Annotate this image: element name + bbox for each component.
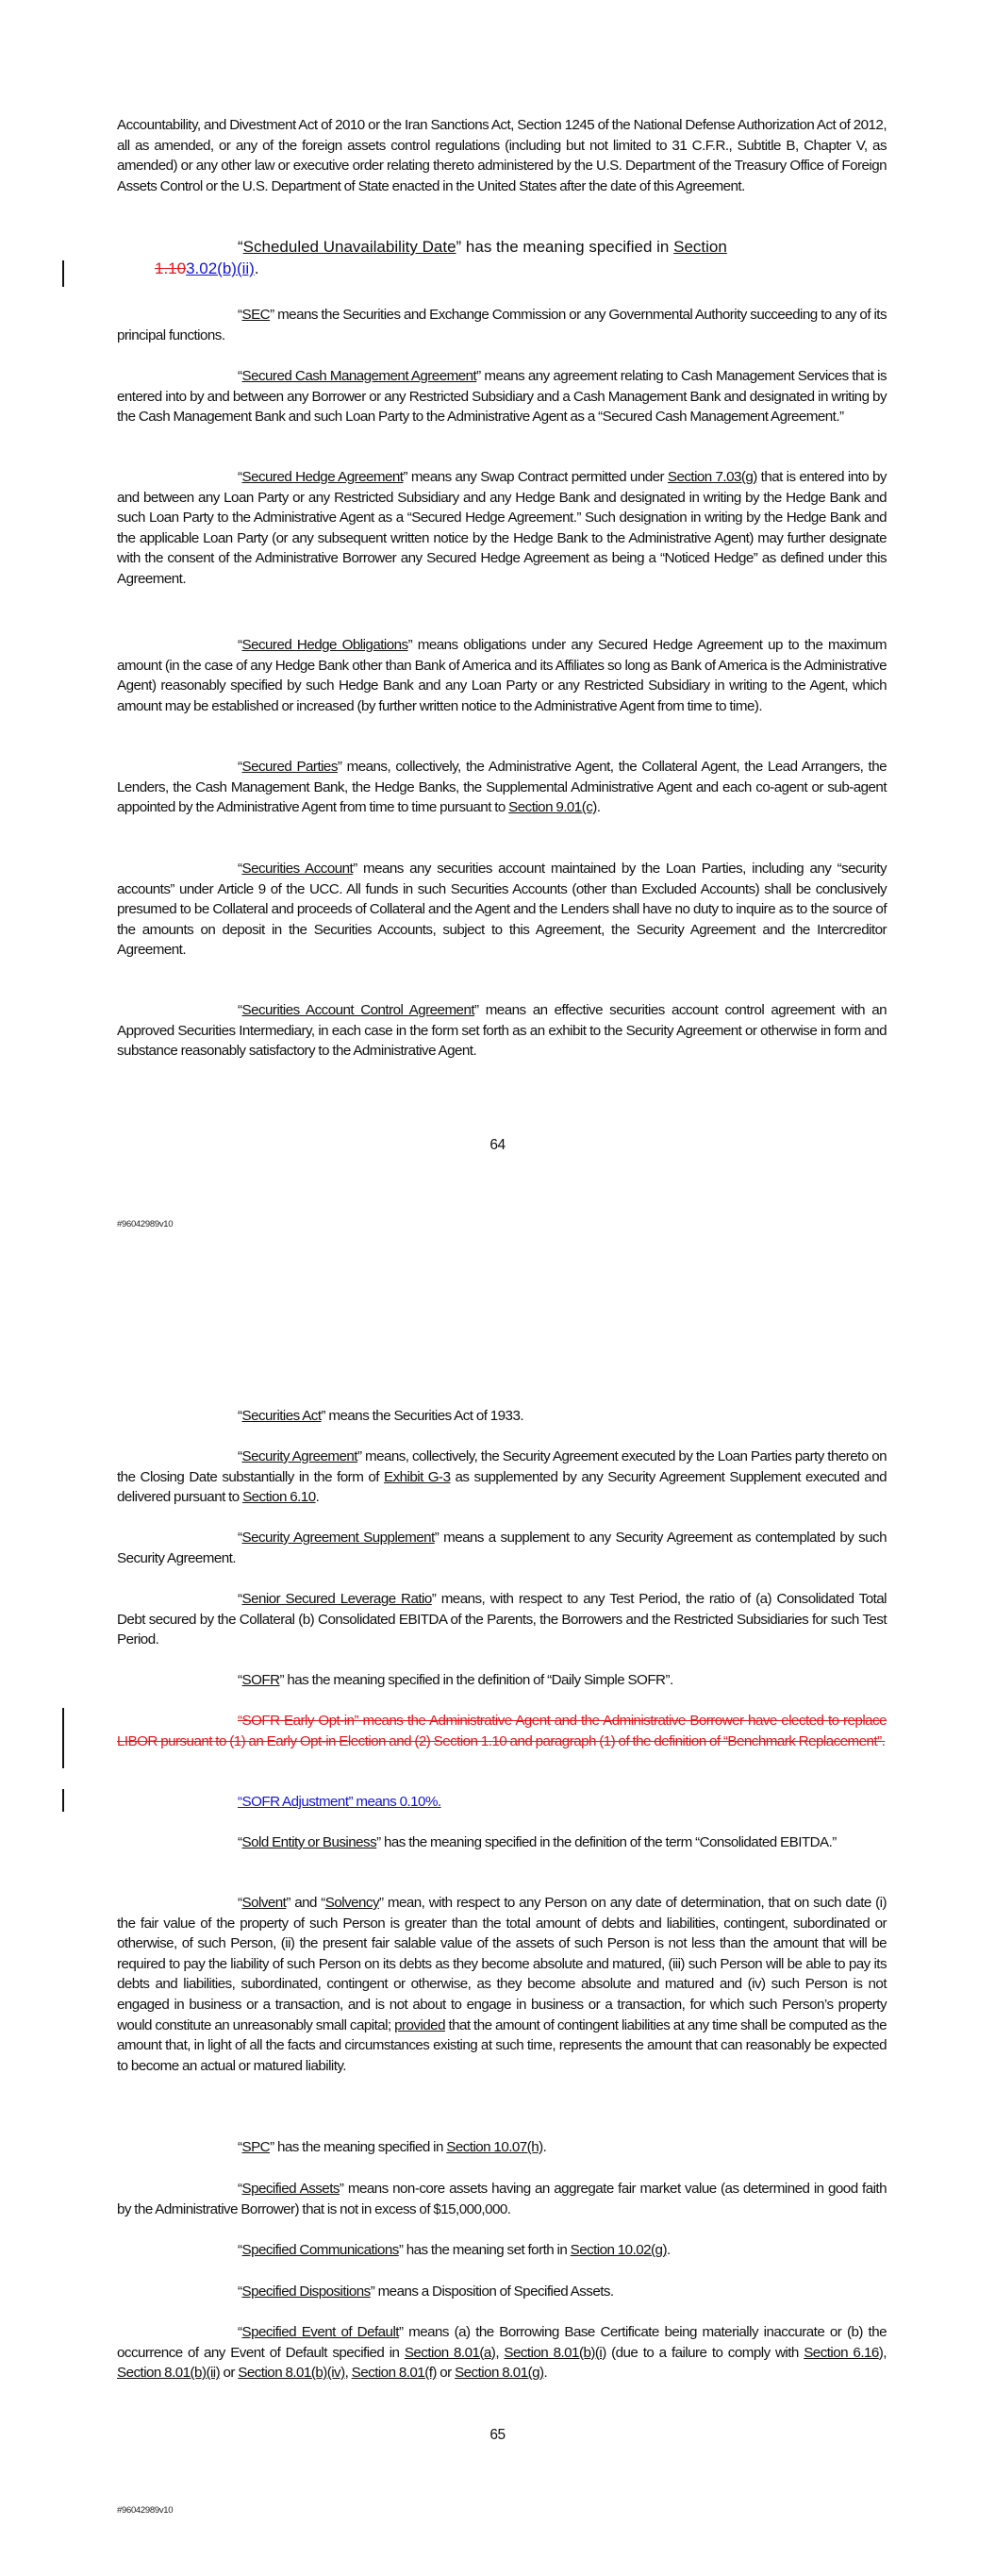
definition-sofr: “SOFR” has the meaning specified in the …	[117, 1670, 887, 1691]
defined-term: SOFR	[242, 1672, 280, 1688]
provided-term: provided	[394, 2017, 445, 2033]
definition-securities-act: “Securities Act” means the Securities Ac…	[117, 1406, 887, 1427]
definition-sold-entity-or-business: “Sold Entity or Business” has the meanin…	[117, 1832, 887, 1853]
defined-term: Solvent	[242, 1895, 287, 1911]
definition-senior-secured-leverage-ratio: “Senior Secured Leverage Ratio” means, w…	[117, 1589, 887, 1650]
defined-term: Specified Communications	[242, 2242, 399, 2258]
defined-term: SPC	[242, 2139, 271, 2155]
page-65: “Securities Act” means the Securities Ac…	[117, 0, 887, 2576]
section-reference[interactable]: Section 8.01(a)	[405, 2345, 495, 2361]
defined-term: Specified Event of Default	[242, 2324, 399, 2340]
definition-specified-assets: “Specified Assets” means non-core assets…	[117, 2179, 887, 2219]
definition-security-agreement-supplement: “Security Agreement Supplement” means a …	[117, 1528, 887, 1568]
defined-term: Securities Act	[242, 1408, 322, 1424]
defined-term: Solvency	[325, 1895, 379, 1911]
definition-specified-dispositions: “Specified Dispositions” means a Disposi…	[117, 2282, 887, 2302]
section-reference[interactable]: Section 8.01(g)	[455, 2365, 543, 2381]
exhibit-reference[interactable]: Exhibit G-3	[384, 1469, 450, 1485]
definition-sofr-adjustment-inserted: “SOFR Adjustment” means 0.10%.	[117, 1792, 887, 1813]
definition-solvent: “Solvent” and “Solvency” mean, with resp…	[117, 1893, 887, 2076]
definition-spc: “SPC” has the meaning specified in Secti…	[117, 2137, 887, 2158]
section-reference[interactable]: Section 6.10	[242, 1489, 316, 1505]
defined-term: Security Agreement	[242, 1448, 357, 1464]
revision-bar	[62, 1708, 64, 1768]
definition-sofr-early-opt-in-deleted: “SOFR Early Opt-in” means the Administra…	[117, 1711, 887, 1751]
definition-specified-communications: “Specified Communications” has the meani…	[117, 2240, 887, 2261]
section-reference[interactable]: Section 8.01(b)(ii)	[117, 2365, 220, 2381]
defined-term: Specified Dispositions	[242, 2283, 371, 2300]
section-reference[interactable]: Section 6.16	[804, 2345, 879, 2361]
section-reference[interactable]: Section 8.01(b)(i)	[504, 2345, 605, 2361]
defined-term: Senior Secured Leverage Ratio	[242, 1591, 432, 1607]
document-viewer: Accountability, and Divestment Act of 20…	[0, 0, 995, 2576]
section-reference[interactable]: Section 10.02(g)	[571, 2242, 667, 2258]
defined-term: Sold Entity or Business	[242, 1834, 377, 1850]
page-number: 65	[0, 2427, 995, 2444]
revision-bar	[62, 1789, 64, 1812]
definition-security-agreement: “Security Agreement” means, collectively…	[117, 1447, 887, 1508]
definition-specified-event-of-default: “Specified Event of Default” means (a) t…	[117, 2322, 887, 2384]
section-reference[interactable]: Section 8.01(f)	[352, 2365, 437, 2381]
inserted-text[interactable]: “SOFR Adjustment” means 0.10%.	[238, 1794, 441, 1810]
section-reference[interactable]: Section 8.01(b)(iv)	[238, 2365, 344, 2381]
section-reference[interactable]: Section 10.07(h)	[446, 2139, 542, 2155]
revision-bar	[62, 260, 64, 287]
deleted-text: “SOFR Early Opt-in” means the Administra…	[117, 1713, 887, 1749]
defined-term: Specified Assets	[242, 2181, 340, 2197]
defined-term: Security Agreement Supplement	[242, 1530, 435, 1546]
document-id: #96042989v10	[117, 2505, 173, 2516]
